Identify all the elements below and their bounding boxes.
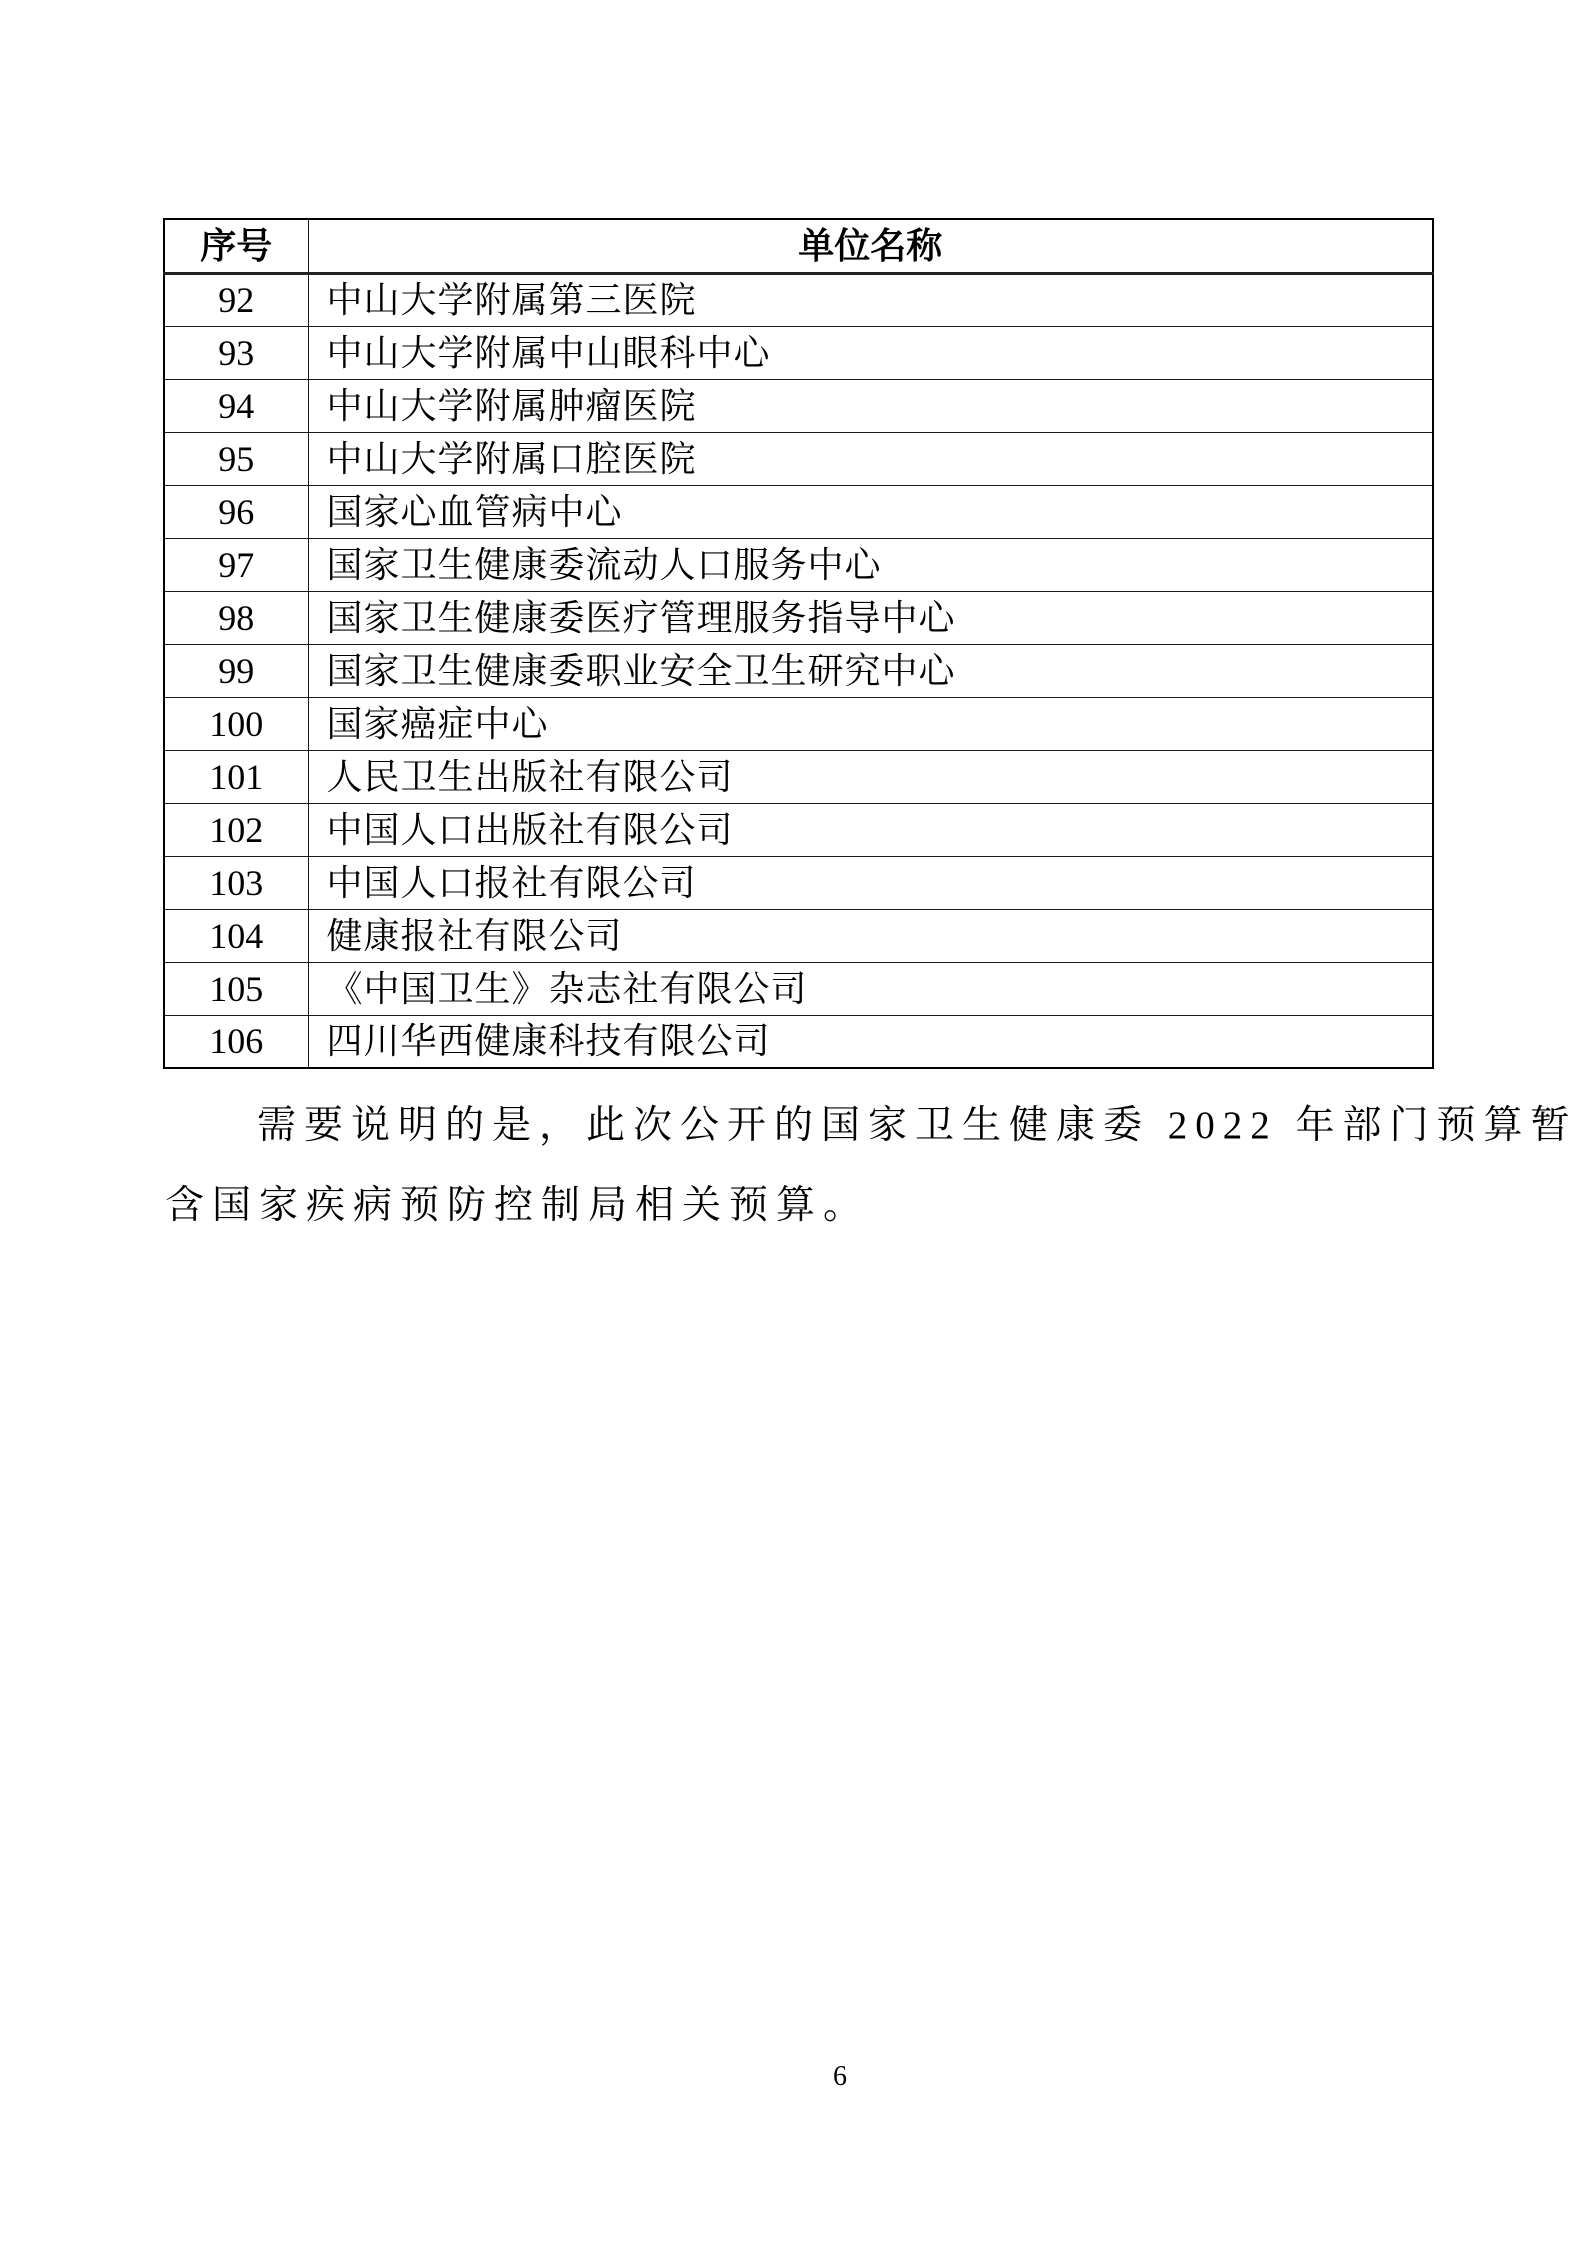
- row-unit-name: 中国人口报社有限公司: [308, 856, 1433, 909]
- header-serial-number: 序号: [164, 219, 308, 273]
- table-row: 99 国家卫生健康委职业安全卫生研究中心: [164, 644, 1433, 697]
- header-unit-name: 单位名称: [308, 219, 1433, 273]
- table-row: 96 国家心血管病中心: [164, 485, 1433, 538]
- row-unit-name: 中山大学附属第三医院: [308, 273, 1433, 326]
- page-number: 6: [833, 2062, 847, 2092]
- row-unit-name: 中山大学附属口腔医院: [308, 432, 1433, 485]
- row-serial-number: 97: [164, 538, 308, 591]
- row-serial-number: 105: [164, 962, 308, 1015]
- row-serial-number: 100: [164, 697, 308, 750]
- row-serial-number: 92: [164, 273, 308, 326]
- unit-table-header: 序号 单位名称: [164, 219, 1433, 273]
- row-unit-name: 《中国卫生》杂志社有限公司: [308, 962, 1433, 1015]
- unit-table: 序号 单位名称 92 中山大学附属第三医院 93 中山大学附属中山眼科中心 94…: [163, 218, 1434, 1069]
- row-unit-name: 国家卫生健康委流动人口服务中心: [308, 538, 1433, 591]
- row-serial-number: 96: [164, 485, 308, 538]
- row-unit-name: 四川华西健康科技有限公司: [308, 1015, 1433, 1068]
- row-unit-name: 国家癌症中心: [308, 697, 1433, 750]
- row-serial-number: 106: [164, 1015, 308, 1068]
- row-unit-name: 中山大学附属肿瘤医院: [308, 379, 1433, 432]
- row-serial-number: 95: [164, 432, 308, 485]
- row-unit-name: 健康报社有限公司: [308, 909, 1433, 962]
- note-paragraph-line-1: 需要说明的是，此次公开的国家卫生健康委 2022 年部门预算暂: [165, 1086, 1435, 1166]
- table-row: 104 健康报社有限公司: [164, 909, 1433, 962]
- table-row: 101 人民卫生出版社有限公司: [164, 750, 1433, 803]
- row-serial-number: 93: [164, 326, 308, 379]
- table-row: 95 中山大学附属口腔医院: [164, 432, 1433, 485]
- header-row: 序号 单位名称: [164, 219, 1433, 273]
- table-row: 106 四川华西健康科技有限公司: [164, 1015, 1433, 1068]
- table-row: 102 中国人口出版社有限公司: [164, 803, 1433, 856]
- table-row: 100 国家癌症中心: [164, 697, 1433, 750]
- row-serial-number: 99: [164, 644, 308, 697]
- table-row: 105 《中国卫生》杂志社有限公司: [164, 962, 1433, 1015]
- row-unit-name: 国家心血管病中心: [308, 485, 1433, 538]
- row-serial-number: 98: [164, 591, 308, 644]
- row-unit-name: 人民卫生出版社有限公司: [308, 750, 1433, 803]
- row-serial-number: 94: [164, 379, 308, 432]
- row-serial-number: 101: [164, 750, 308, 803]
- table-row: 92 中山大学附属第三医院: [164, 273, 1433, 326]
- row-unit-name: 国家卫生健康委职业安全卫生研究中心: [308, 644, 1433, 697]
- table-row: 103 中国人口报社有限公司: [164, 856, 1433, 909]
- table-row: 94 中山大学附属肿瘤医院: [164, 379, 1433, 432]
- unit-table-body: 92 中山大学附属第三医院 93 中山大学附属中山眼科中心 94 中山大学附属肿…: [164, 273, 1433, 1068]
- table-row: 97 国家卫生健康委流动人口服务中心: [164, 538, 1433, 591]
- row-serial-number: 104: [164, 909, 308, 962]
- document-page: 序号 单位名称 92 中山大学附属第三医院 93 中山大学附属中山眼科中心 94…: [0, 0, 1587, 2245]
- row-unit-name: 中国人口出版社有限公司: [308, 803, 1433, 856]
- row-serial-number: 103: [164, 856, 308, 909]
- table-row: 93 中山大学附属中山眼科中心: [164, 326, 1433, 379]
- row-unit-name: 中山大学附属中山眼科中心: [308, 326, 1433, 379]
- row-serial-number: 102: [164, 803, 308, 856]
- table-row: 98 国家卫生健康委医疗管理服务指导中心: [164, 591, 1433, 644]
- row-unit-name: 国家卫生健康委医疗管理服务指导中心: [308, 591, 1433, 644]
- note-paragraph: 需要说明的是，此次公开的国家卫生健康委 2022 年部门预算暂 含国家疾病预防控…: [165, 1086, 1435, 1246]
- note-paragraph-line-2: 含国家疾病预防控制局相关预算。: [165, 1166, 1435, 1246]
